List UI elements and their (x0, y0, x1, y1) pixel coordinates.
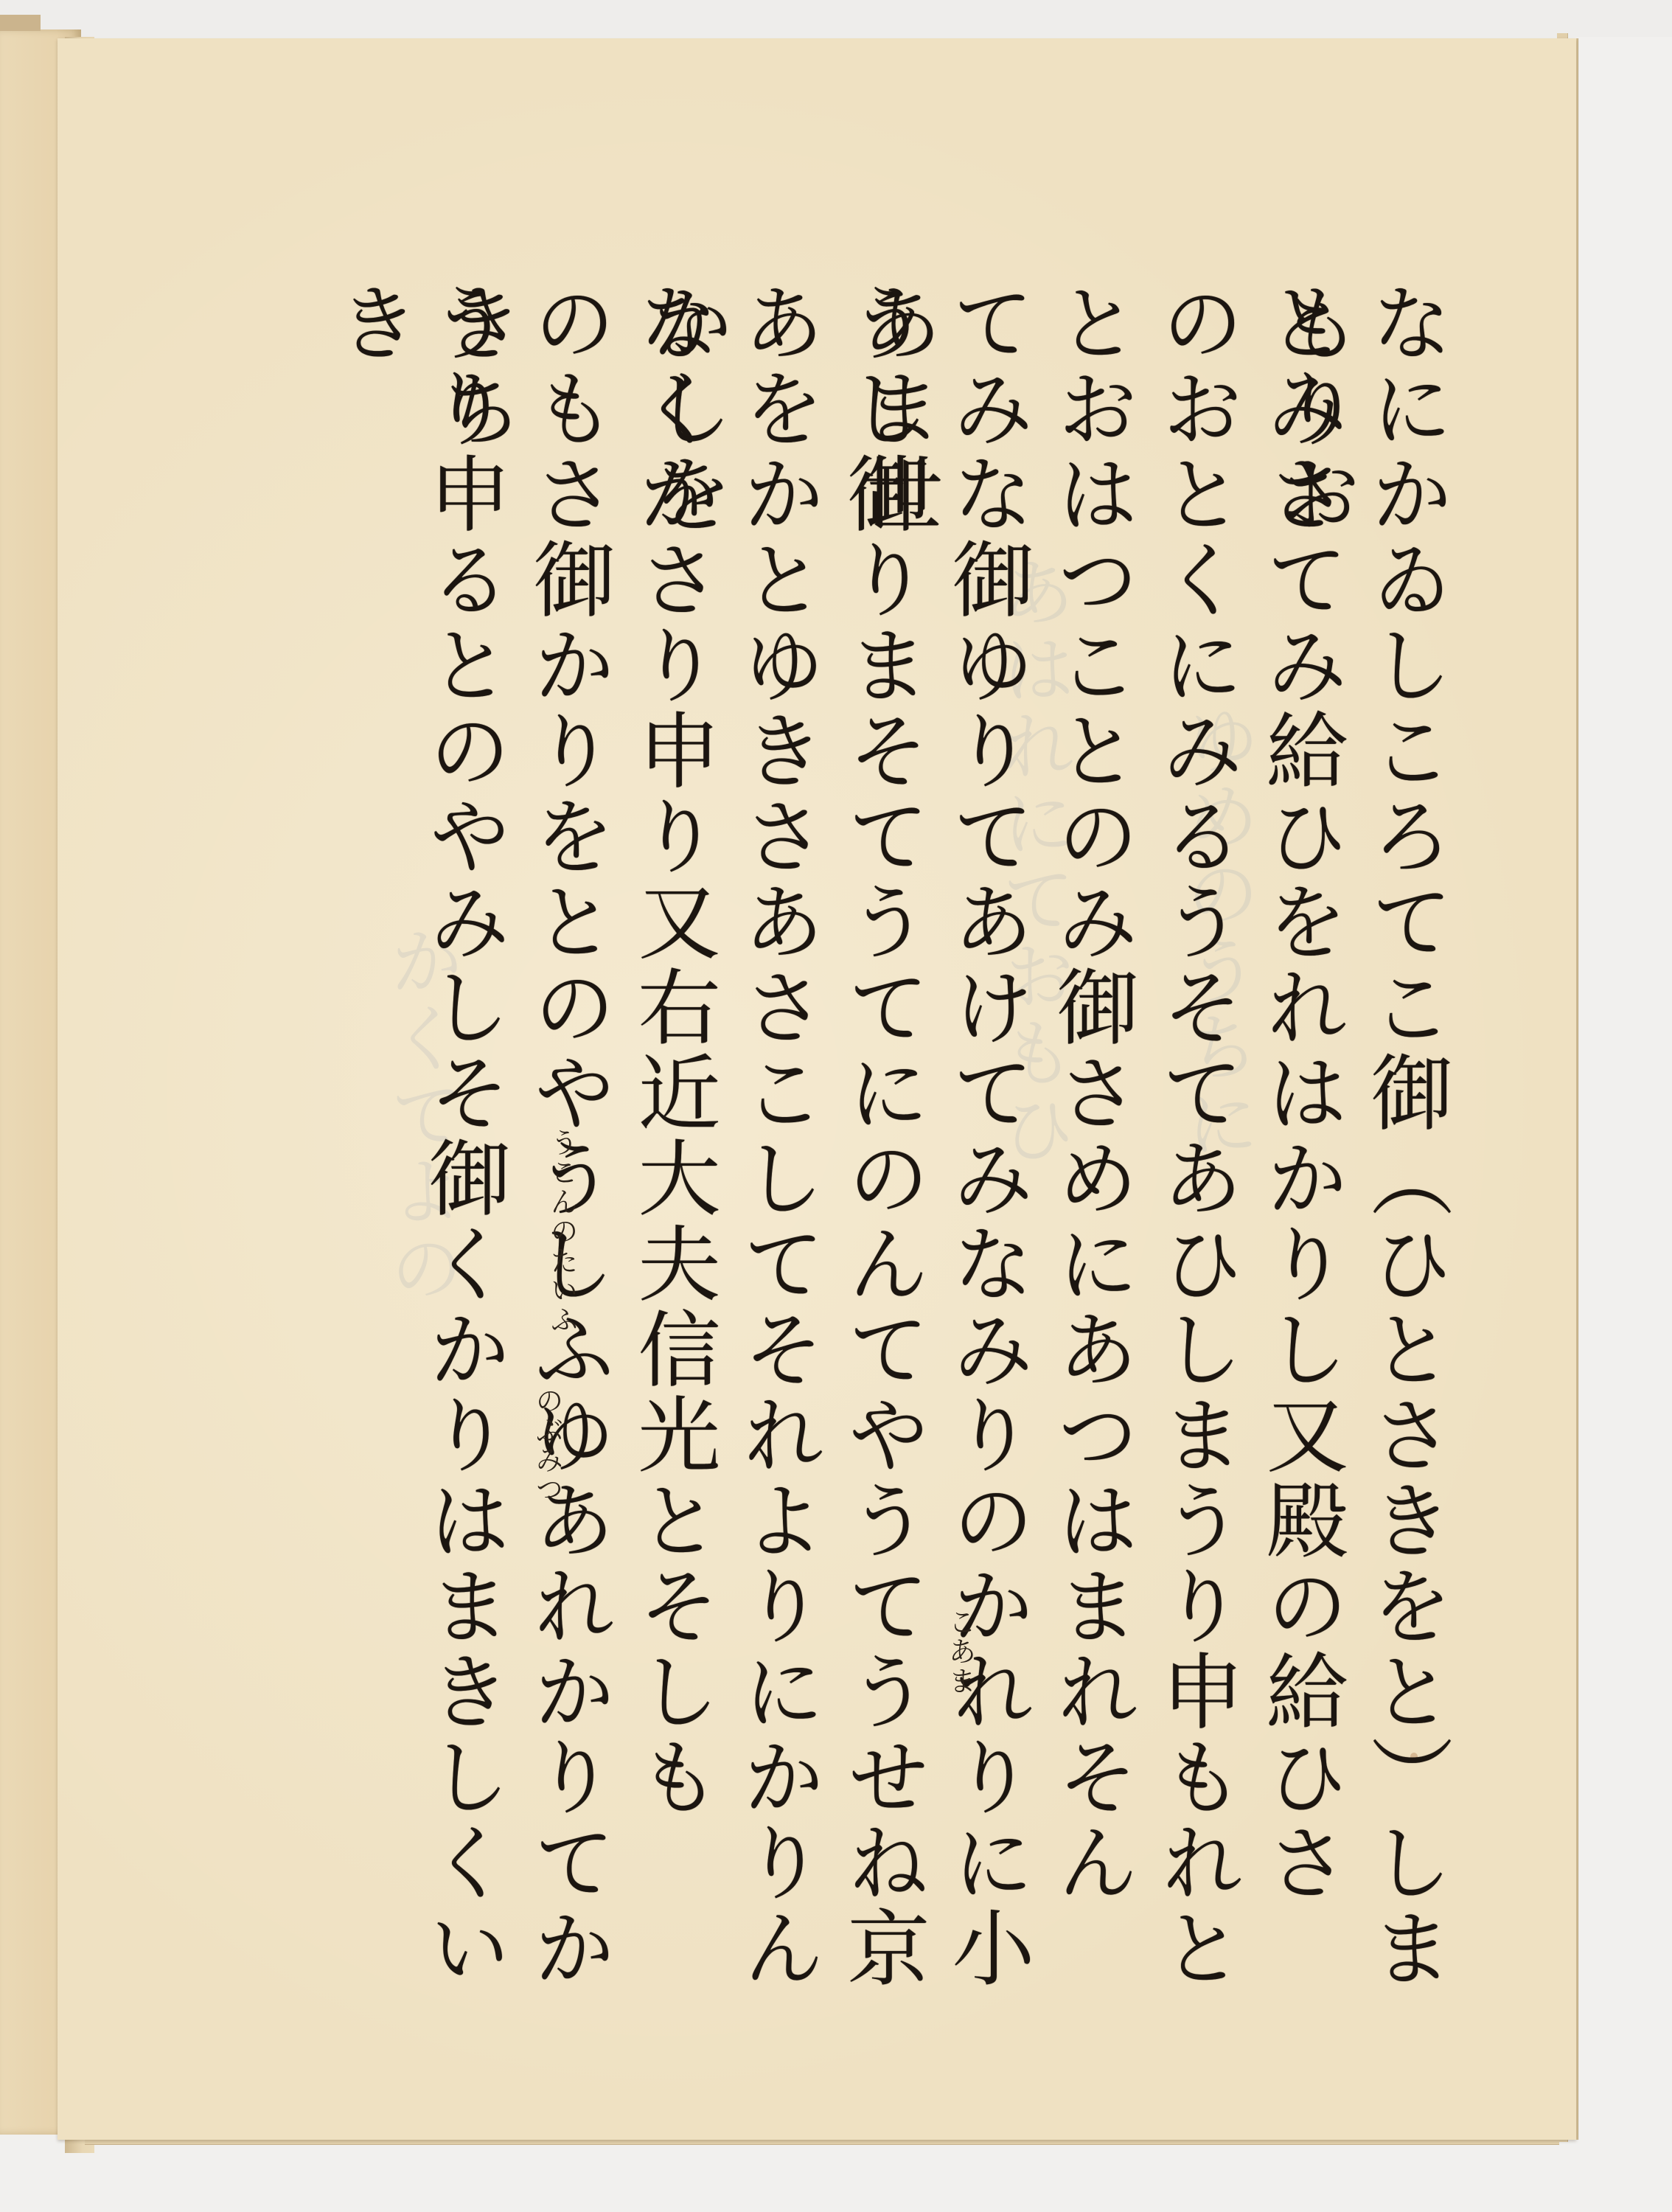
furigana-nobumitsu: のぶみつ (527, 1386, 568, 1504)
text-column-1: なにかゐしころてこ御（ひとさきをと）しまもりお (1359, 280, 1451, 2065)
text-column-10: うり申るとのやみしそ御くかりはまきしくいき (417, 280, 509, 2065)
text-column-4: とおはつことのみ御さめにあつはまれそん (1045, 280, 1137, 2065)
left-page-tab (0, 15, 41, 31)
text-column-5: てみな御ゆりてあけてみなみりのかれりに小あま世 (941, 280, 1032, 2065)
furigana-koama: こあま (940, 1607, 980, 1696)
text-column-2: とみさてみ給ひをれはかりし又殿の給ひさ (1255, 280, 1346, 2065)
text-column-8: なくかさり申り又右近大夫信光とそしも (627, 280, 718, 2065)
furigana-ukon-no-taifu: うこんのたいふ (542, 1128, 582, 1335)
photo-background (0, 0, 1672, 37)
text-column-7: あをかとゆきさあさこしてそれよりにかりんかしを (731, 280, 823, 2065)
text-column-6: うし御りまそてうてにのんてやうてうせね京 (836, 280, 927, 2065)
text-column-3: のおとくにみるうそてあひしまうり申もれと (1150, 280, 1241, 2065)
